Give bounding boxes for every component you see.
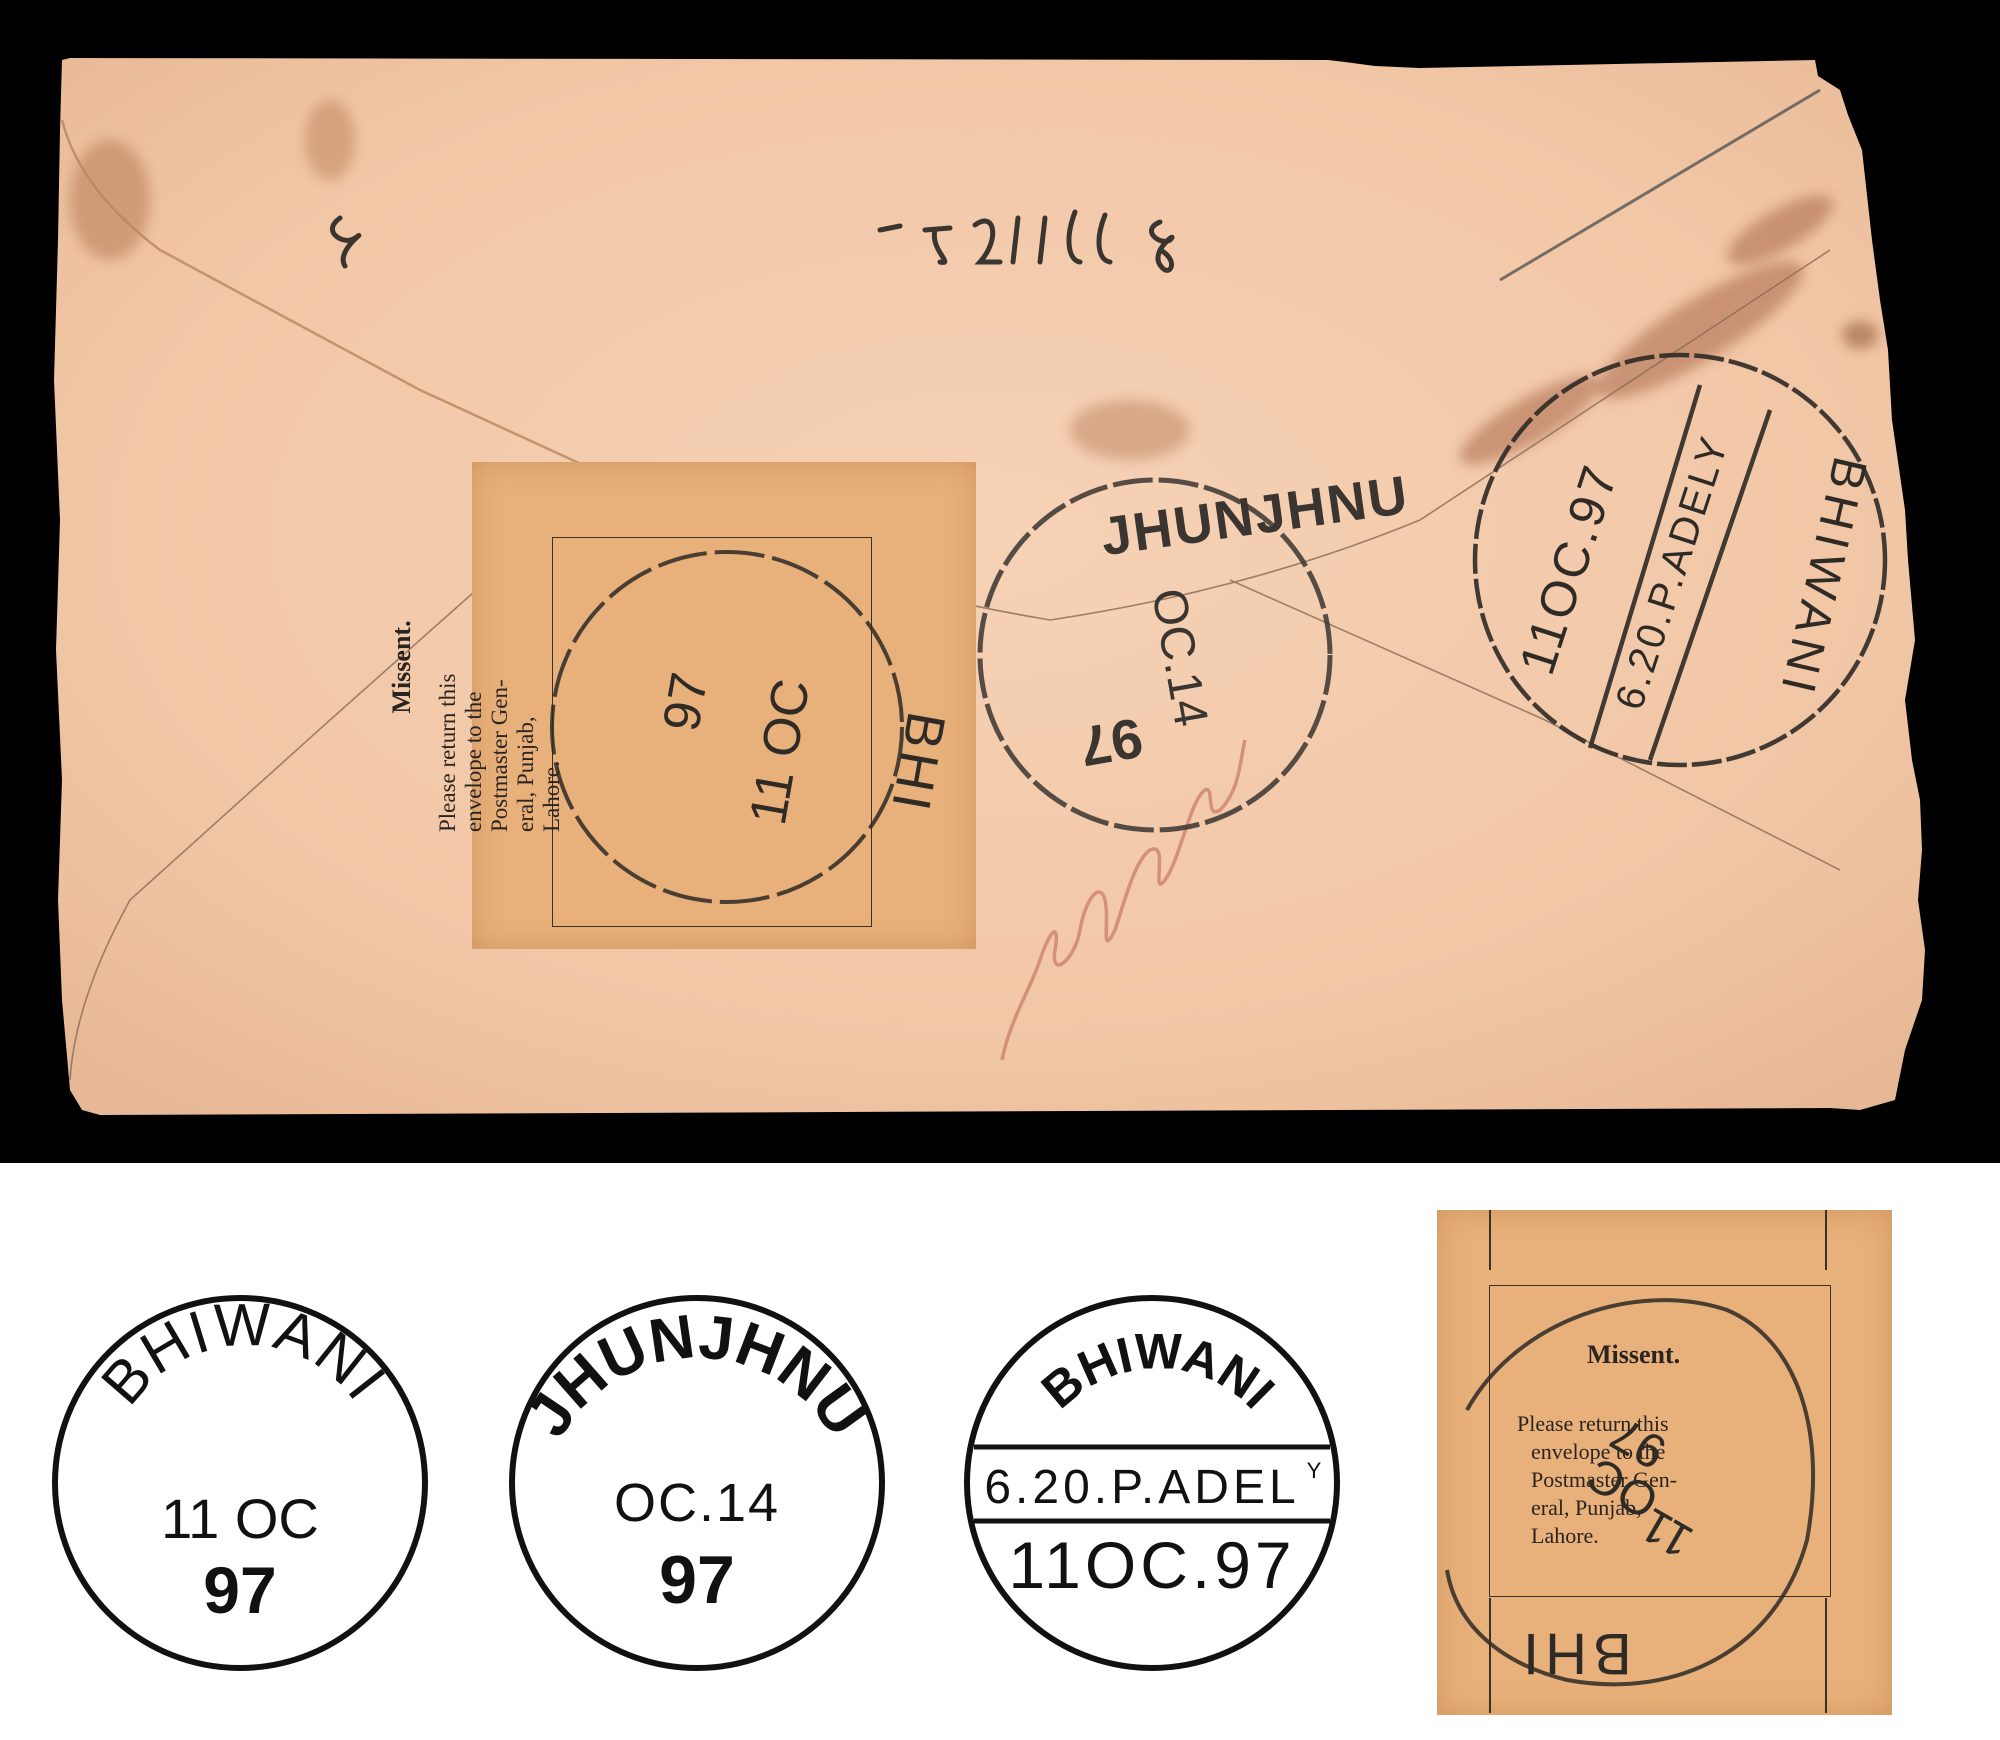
svg-text:OC.14: OC.14 [614, 1473, 780, 1533]
svg-text:97: 97 [659, 1542, 735, 1618]
diagram-bhiwani-duplex: BHIWANI 6.20.P.ADEL Y 11OC.97 [952, 1273, 1352, 1673]
bhiwani-postmark-text: BHIWANI 6.20.P.ADELY 11OC.97 [1470, 380, 1890, 780]
label-postmark-circle [472, 462, 976, 949]
svg-text:97: 97 [203, 1553, 276, 1627]
diagram-jhunjhnu-oc14-97: JHUNJHNU OC.14 97 [497, 1273, 897, 1673]
svg-text:11 OC: 11 OC [161, 1487, 319, 1550]
jhunjhnu-postmark-text: JHUNJHNU OC.14 97 [1040, 480, 1360, 840]
closeup-postmark-circle [1437, 1210, 1892, 1715]
photo-area: JHUNJHNU OC.14 97 BHIWANI 6.20.P.ADELY 1… [0, 0, 2000, 1163]
missent-label-closeup: Missent. Please return this envelope to … [1437, 1210, 1892, 1715]
svg-text:11OC.97: 11OC.97 [1008, 1528, 1295, 1602]
svg-text:6.20.P.ADEL: 6.20.P.ADEL [984, 1461, 1299, 1514]
svg-text:Y: Y [1307, 1458, 1322, 1483]
reconstruction-panel: BHIWANI 11 OC 97 JHUNJHNU OC.14 97 BHIWA… [0, 1163, 2000, 1740]
diagram-bhiwani-11oc97: BHIWANI 11 OC 97 [40, 1273, 440, 1673]
missent-label-on-envelope: Missent. Please return this envelope to … [472, 462, 976, 949]
